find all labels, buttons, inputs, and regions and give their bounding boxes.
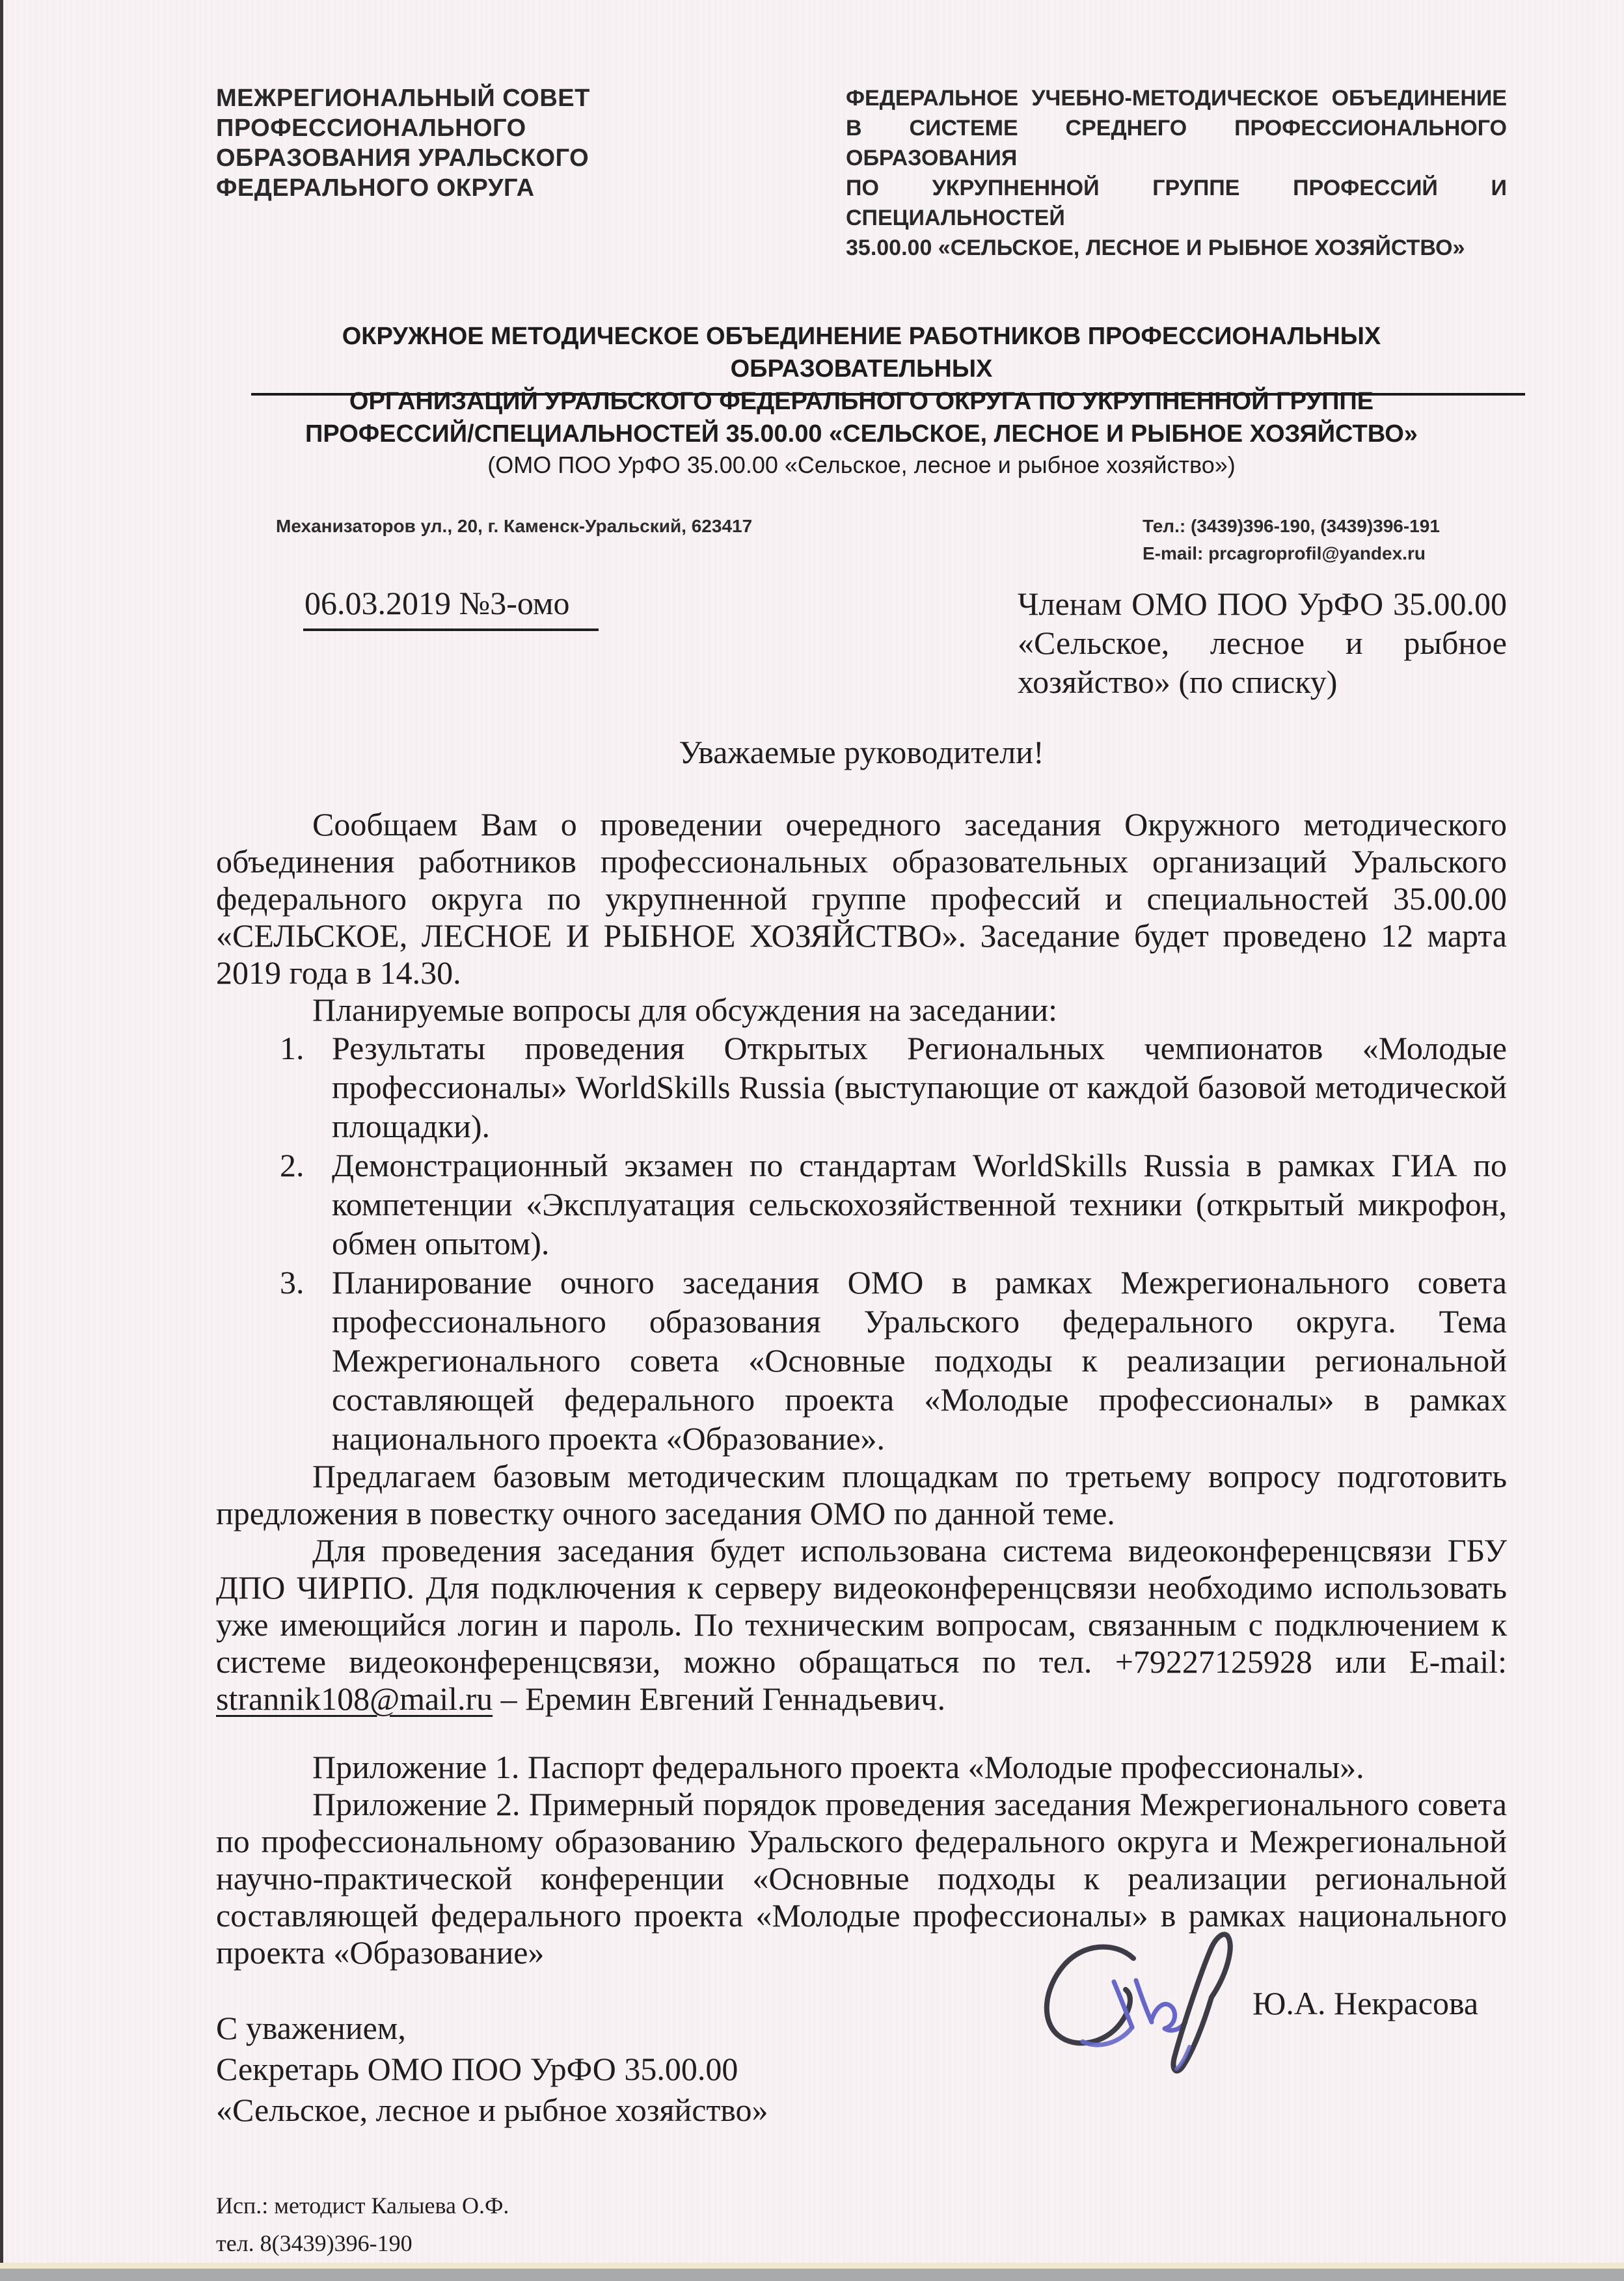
videoconf-text-before-email: Для проведения заседания будет использов…	[216, 1532, 1507, 1680]
contacts-row: Механизаторов ул., 20, г. Каменск-Уральс…	[216, 513, 1507, 567]
executor-phone: тел. 8(3439)396-190	[216, 2224, 1507, 2262]
paragraph-videoconference: Для проведения заседания будет использов…	[216, 1532, 1507, 1718]
agenda-item-2-text: Демонстрационный экзамен по стандартам W…	[332, 1147, 1507, 1262]
agenda-item-3-text: Планирование очного заседания ОМО в рамк…	[332, 1264, 1507, 1457]
agenda-item-1-text: Результаты проведения Открытых Региональ…	[332, 1030, 1507, 1144]
reference-date-number: 06.03.2019 №3-омо	[303, 584, 599, 631]
salutation: Уважаемые руководители!	[216, 734, 1507, 771]
letterhead: МЕЖРЕГИОНАЛЬНЫЙ СОВЕТ ПРОФЕССИОНАЛЬНОГО …	[216, 83, 1507, 263]
reference-row: 06.03.2019 №3-омо Членам ОМО ПОО УрФО 35…	[216, 584, 1507, 701]
letterhead-right-justified-lines: ФЕДЕРАЛЬНОЕ УЧЕБНО-МЕТОДИЧЕСКОЕ ОБЪЕДИНЕ…	[846, 83, 1507, 233]
letterhead-right-last-line: 35.00.00 «СЕЛЬСКОЕ, ЛЕСНОЕ И РЫБНОЕ ХОЗЯ…	[846, 233, 1507, 263]
recipient-block: Членам ОМО ПОО УрФО 35.00.00 «Сельское, …	[1018, 584, 1507, 701]
attachment-1: Приложение 1. Паспорт федерального проек…	[216, 1749, 1507, 1786]
letter-content: МЕЖРЕГИОНАЛЬНЫЙ СОВЕТ ПРОФЕССИОНАЛЬНОГО …	[216, 0, 1507, 2262]
contact-email: E-mail: prcagroprofil@yandex.ru	[1143, 540, 1507, 567]
agenda-list: 1. Результаты проведения Открытых Регион…	[216, 1029, 1507, 1458]
document-title-subtitle: (ОМО ПОО УрФО 35.00.00 «Сельское, лесное…	[216, 450, 1507, 480]
scan-edge-bottom	[0, 2269, 1624, 2281]
scan-edge-cream-line	[0, 2263, 1624, 2269]
postal-address: Механизаторов ул., 20, г. Каменск-Уральс…	[276, 513, 752, 567]
executor-name: Исп.: методист Калыева О.Ф.	[216, 2187, 1507, 2224]
signature-ink	[1036, 1919, 1251, 2082]
paragraph-announcement: Сообщаем Вам о проведении очередного зас…	[216, 806, 1507, 992]
agenda-item-1: 1. Результаты проведения Открытых Регион…	[216, 1029, 1507, 1146]
executor-footer: Исп.: методист Калыева О.Ф. тел. 8(3439)…	[216, 2187, 1507, 2262]
scanned-letter-page: { "document": { "letterhead_left": { "li…	[0, 0, 1624, 2281]
paragraph-proposal: Предлагаем базовым методическим площадка…	[216, 1458, 1507, 1532]
agenda-intro: Планируемые вопросы для обсуждения на за…	[216, 992, 1507, 1029]
agenda-item-1-number: 1.	[280, 1029, 304, 1068]
closing-block: С уважением, Секретарь ОМО ПОО УрФО 35.0…	[216, 2008, 1507, 2131]
agenda-item-3: 3. Планирование очного заседания ОМО в р…	[216, 1263, 1507, 1458]
agenda-item-2-number: 2.	[280, 1146, 304, 1185]
letterhead-right-org: ФЕДЕРАЛЬНОЕ УЧЕБНО-МЕТОДИЧЕСКОЕ ОБЪЕДИНЕ…	[846, 83, 1507, 263]
contact-block: Тел.: (3439)396-190, (3439)396-191 E-mai…	[1143, 513, 1507, 567]
signer-name: Ю.А. Некрасова	[1252, 1984, 1478, 2022]
document-title: ОКРУЖНОЕ МЕТОДИЧЕСКОЕ ОБЪЕДИНЕНИЕ РАБОТН…	[216, 320, 1507, 480]
scan-edge-left	[0, 0, 3, 2281]
agenda-item-3-number: 3.	[280, 1263, 304, 1302]
agenda-item-2: 2. Демонстрационный экзамен по стандарта…	[216, 1146, 1507, 1263]
attachment-2: Приложение 2. Примерный порядок проведен…	[216, 1786, 1507, 1971]
document-title-main: ОКРУЖНОЕ МЕТОДИЧЕСКОЕ ОБЪЕДИНЕНИЕ РАБОТН…	[216, 320, 1507, 450]
contact-phone: Тел.: (3439)396-190, (3439)396-191	[1143, 513, 1507, 540]
letterhead-left-org: МЕЖРЕГИОНАЛЬНЫЙ СОВЕТ ПРОФЕССИОНАЛЬНОГО …	[216, 83, 632, 263]
videoconf-text-after-email: – Еремин Евгений Геннадьевич.	[493, 1680, 945, 1717]
contact-email-inline: strannik108@mail.ru	[216, 1680, 493, 1717]
